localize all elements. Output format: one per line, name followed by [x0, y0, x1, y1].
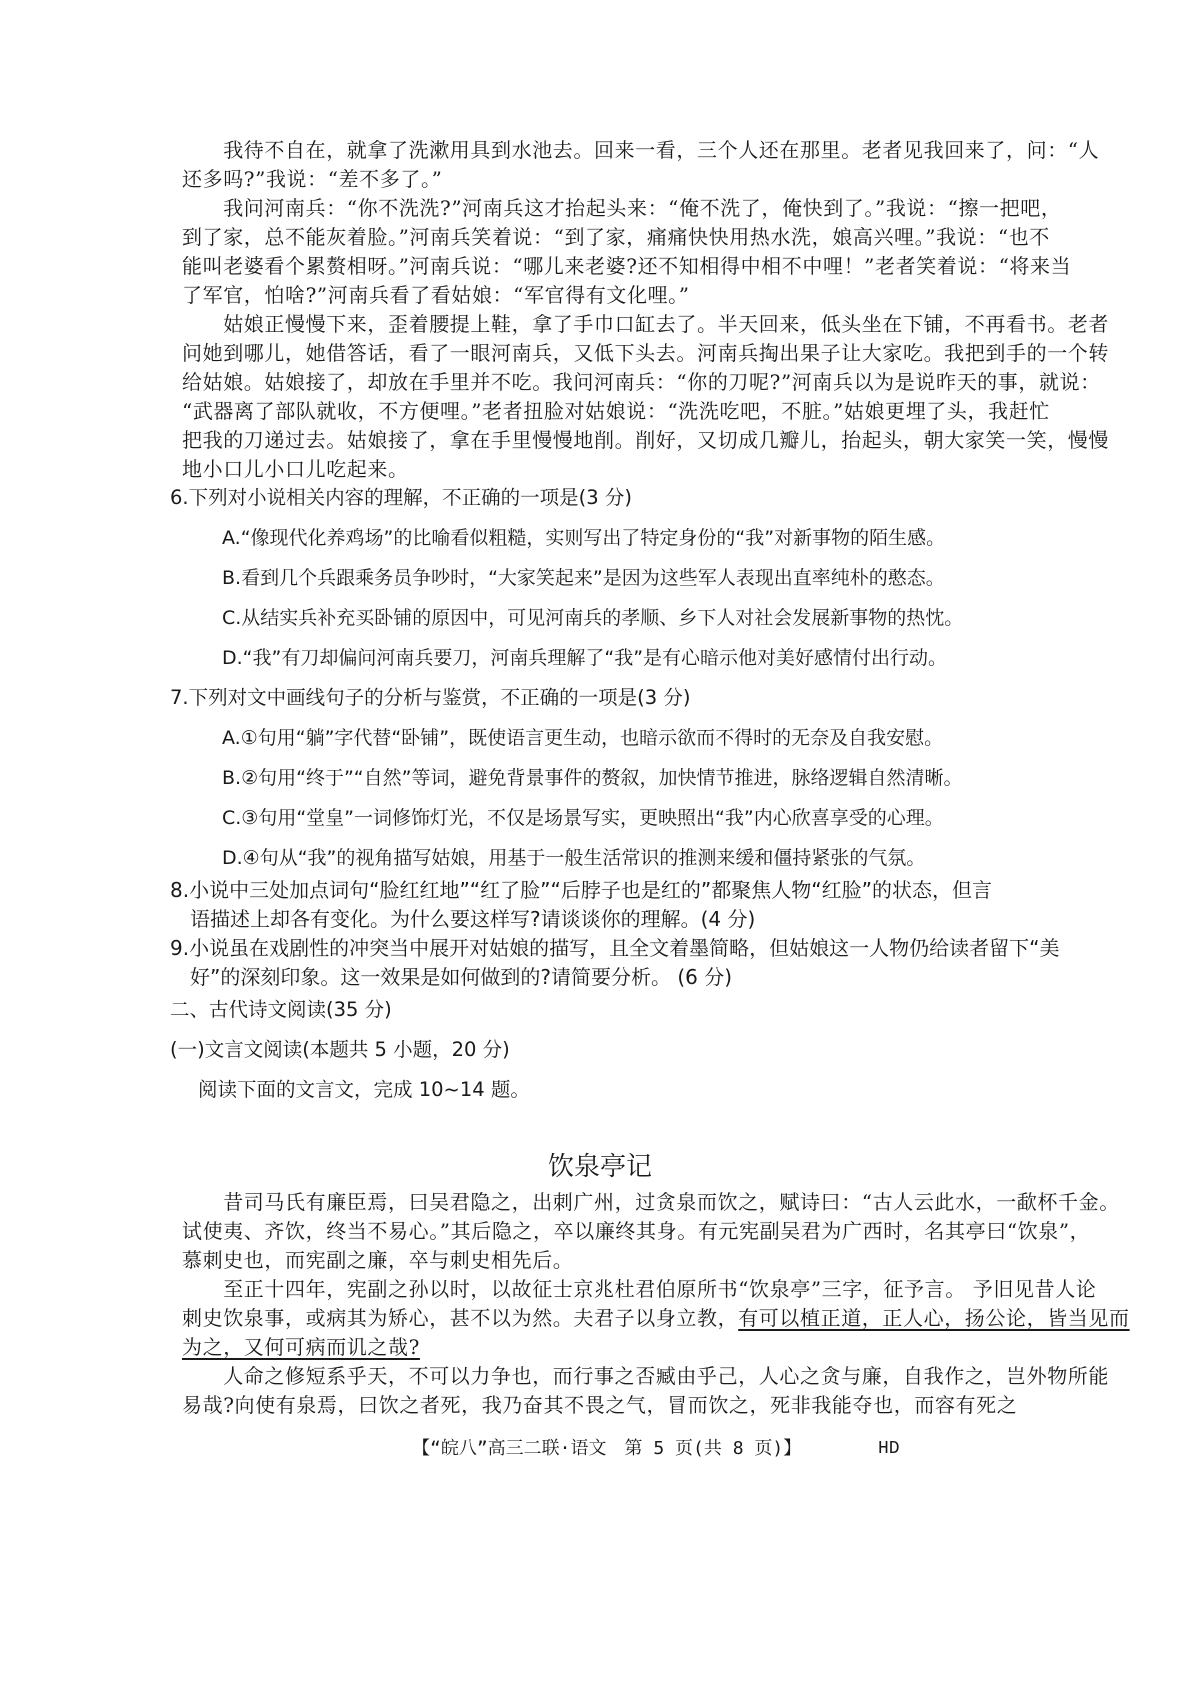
story-line: 我待不自在，就拿了洗漱用具到水池去。回来一看，三个人还在那里。老者见我回来了，问…	[182, 136, 1022, 164]
question-8-line-1: 8.小说中三处加点词句“脸红红地”“红了脸”“后脖子也是红的”都聚焦人物“红脸”…	[170, 876, 1010, 904]
passage-line: 人命之修短系乎天，不可以力争也，而行事之否臧由乎己，人心之贪与廉，自我作之，岂外…	[182, 1362, 1022, 1390]
story-line: 到了家，总不能灰着脸。”河南兵笑着说：“到了家，痛痛快快用热水洗，娘高兴哩。”我…	[182, 223, 1022, 251]
story-line: 能叫老婆看个累赘相呀。”河南兵说：“哪儿来老婆?还不知相得中相不中哩！”老者笑着…	[182, 252, 1022, 280]
question-6-option-b: B.看到几个兵跟乘务员争吵时，“大家笑起来”是因为这些军人表现出直率纯朴的憨态。	[222, 564, 1062, 592]
question-7-option-c: C.③句用“堂皇”一词修饰灯光，不仅是场景写实，更映照出“我”内心欣喜享受的心理…	[222, 804, 1062, 832]
question-6-option-d: D.“我”有刀却偏问河南兵要刀，河南兵理解了“我”是有心暗示他对美好感情付出行动…	[222, 644, 1062, 672]
question-7-option-a: A.①句用“躺”字代替“卧铺”，既使语言更生动，也暗示欲而不得时的无奈及自我安慰…	[222, 724, 1062, 752]
story-line: 给姑娘。姑娘接了，却放在手里并不吃。我问河南兵：“你的刀呢?”河南兵以为是说昨天…	[182, 368, 1022, 396]
story-line: 姑娘正慢慢下来，歪着腰提上鞋，拿了手巾口缸去了。半天回来，低头坐在下铺，不再看书…	[182, 310, 1022, 338]
passage-line: 易哉?向使有泉焉，曰饮之者死，我乃奋其不畏之气，冒而饮之，死非我能夺也，而容有死…	[182, 1391, 1022, 1419]
passage-line: 为之，又何可病而讥之哉?	[182, 1333, 1022, 1361]
story-line: 还多吗?”我说：“差不多了。”	[182, 165, 1022, 193]
underlined-sentence: 为之，又何可病而讥之哉?	[182, 1335, 420, 1359]
question-8-line-2: 语描述上却各有变化。为什么要这样写?请谈谈你的理解。(4 分)	[190, 905, 1030, 933]
passage-line: 慕刺史也，而宪副之廉，卒与刺史相先后。	[182, 1246, 1022, 1274]
story-line: 我问河南兵：“你不洗洗?”河南兵这才抬起头来：“俺不洗了，俺快到了。”我说：“擦…	[182, 194, 1022, 222]
story-line: “武器离了部队就收，不方便哩。”老者扭脸对姑娘说：“洗洗吃吧，不脏。”姑娘更埋了…	[182, 397, 1022, 425]
passage-line: 试使夷、齐饮，终当不易心。”其后隐之，卒以廉终其身。有元宪副吴君为广西时，名其亭…	[182, 1217, 1022, 1245]
question-7-stem: 7.下列对文中画线句子的分析与鉴赏，不正确的一项是(3 分)	[170, 684, 1010, 712]
section-heading: 二、古代诗文阅读(35 分)	[170, 996, 1010, 1024]
question-6-stem: 6.下列对小说相关内容的理解，不正确的一项是(3 分)	[170, 484, 1010, 512]
story-line: 了军官，怕啥?”河南兵看了看姑娘：“军官得有文化哩。”	[182, 281, 1022, 309]
underlined-sentence: 有可以植正道，正人心，扬公论，皆当见而	[738, 1306, 1129, 1330]
question-7-option-b: B.②句用“终于”“自然”等词，避免背景事件的赘叙，加快情节推进，脉络逻辑自然清…	[222, 764, 1062, 792]
passage-line: 至正十四年，宪副之孙以时，以故征士京兆杜君伯原所书“饮泉亭”三字，征予言。 予旧…	[182, 1275, 1022, 1303]
page-footer: 【“皖八”高三二联·语文 第 5 页(共 8 页)】	[412, 1438, 801, 1460]
question-6-option-c: C.从结实兵补充买卧铺的原因中，可见河南兵的孝顺、乡下人对社会发展新事物的热忱。	[222, 604, 1062, 632]
passage-title: 饮泉亭记	[0, 1150, 1200, 1184]
subsection-heading: (一)文言文阅读(本题共 5 小题，20 分)	[170, 1036, 1010, 1064]
story-line: 问她到哪儿，她借答话，看了一眼河南兵，又低下头去。河南兵掏出果子让大家吃。我把到…	[182, 339, 1022, 367]
question-6-option-a: A.“像现代化养鸡场”的比喻看似粗糙，实则写出了特定身份的“我”对新事物的陌生感…	[222, 524, 1062, 552]
question-9-line-2: 好”的深刻印象。这一效果是如何做到的?请简要分析。 (6 分)	[190, 963, 1030, 991]
question-9-line-1: 9.小说虽在戏剧性的冲突当中展开对姑娘的描写，且全文着墨简略，但姑娘这一人物仍给…	[170, 934, 1010, 962]
question-7-option-d: D.④句从“我”的视角描写姑娘，用基于一般生活常识的推测来缓和僵持紧张的气氛。	[222, 844, 1062, 872]
passage-line: 昔司马氏有廉臣焉，曰吴君隐之，出刺广州，过贪泉而饮之，赋诗曰：“古人云此水，一歃…	[182, 1188, 1022, 1216]
passage-text: 刺史饮泉事，或病其为矫心，甚不以为然。夫君子以身立教，	[182, 1306, 738, 1330]
passage-line: 刺史饮泉事，或病其为矫心，甚不以为然。夫君子以身立教，有可以植正道，正人心，扬公…	[182, 1304, 1022, 1332]
footer-code: HD	[878, 1438, 900, 1460]
reading-instruction: 阅读下面的文言文，完成 10~14 题。	[198, 1076, 1038, 1104]
story-line: 地小口儿小口儿吃起来。	[182, 455, 1022, 483]
story-line: 把我的刀递过去。姑娘接了，拿在手里慢慢地削。削好，又切成几瓣儿，抬起头，朝大家笑…	[182, 426, 1022, 454]
